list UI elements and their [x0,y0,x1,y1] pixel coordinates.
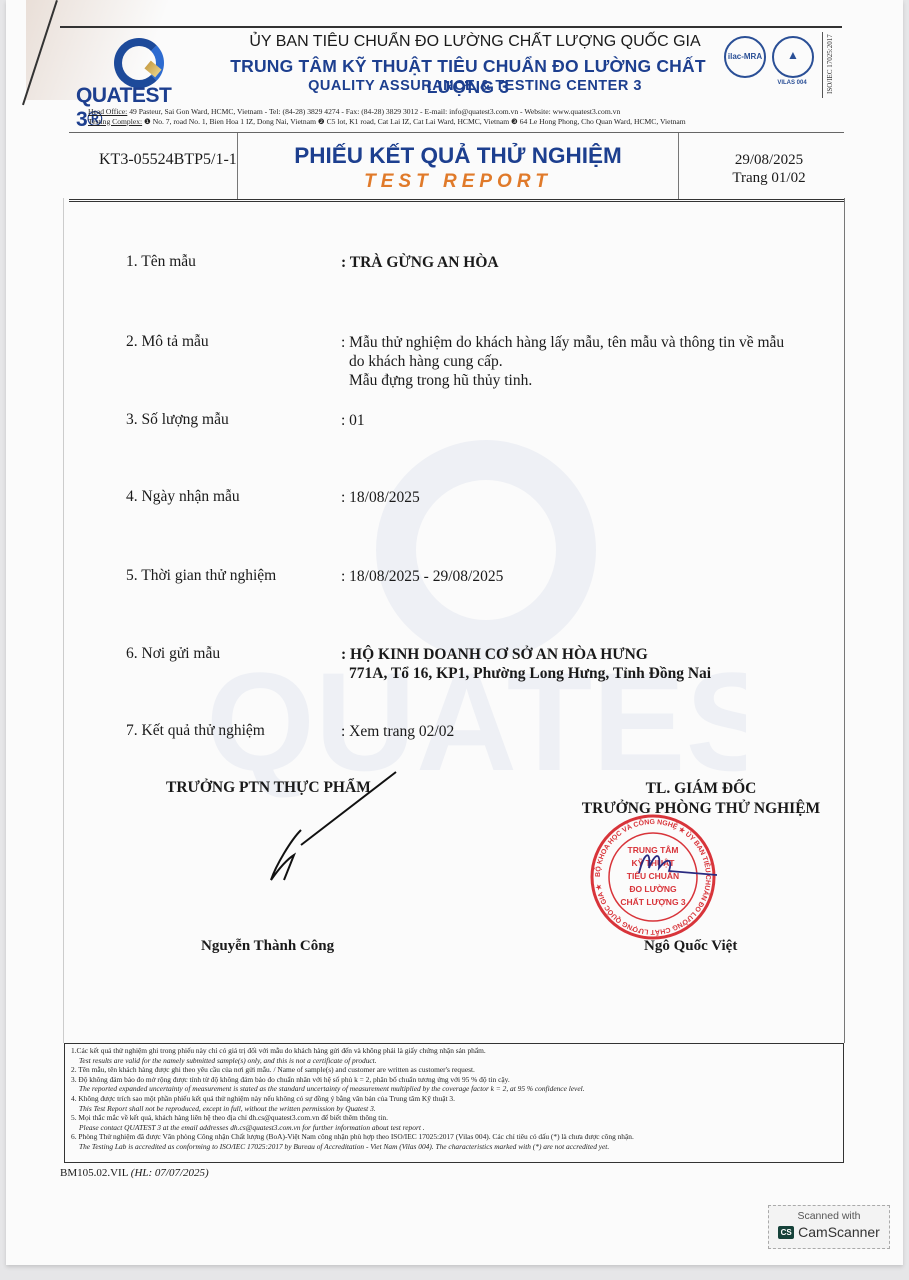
head-office-address: 49 Pasteur, Sai Gon Ward, HCMC, Vietnam … [129,107,620,116]
report-title-vn: PHIẾU KẾT QUẢ THỬ NGHIỆM [241,143,675,169]
page-number: Trang 01/02 [709,169,829,187]
report-code: KT3-05524BTP5/1-1 [99,151,237,169]
svg-text:TRUNG TÂM: TRUNG TÂM [628,844,679,855]
frame-border [844,198,845,1043]
letterhead: QUATEST 3® ỦY BAN TIÊU CHUẨN ĐO LƯỜNG CH… [60,26,842,128]
boa-badge-icon: ▲ [772,36,814,78]
form-code: BM105.02.VIL (HL: 07/07/2025) [60,1167,209,1179]
camscanner-badge: Scanned with CS CamScanner [768,1205,890,1249]
right-signatory-name: Ngô Quốc Việt [644,938,737,955]
divider [237,133,238,199]
head-office-label: Head Office: [88,107,127,116]
vilas-label: VILAS 004 [768,80,816,86]
divider [678,133,679,199]
q-logo-icon [114,38,164,88]
report-date-block: 29/08/2025 Trang 01/02 [709,151,829,187]
note-4: 4. Không được trích sao một phần phiếu k… [71,1094,837,1113]
svg-text:ĐO LƯỜNG: ĐO LƯỜNG [629,883,677,894]
note-6: 6. Phòng Thử nghiệm đã được Văn phòng Cô… [71,1132,837,1151]
quatest-logo: QUATEST 3® [68,34,198,104]
document-page: QUATEST QUATEST 3® ỦY BAN TIÊU CHUẨN ĐO … [6,0,903,1265]
left-signatory-name: Nguyễn Thành Công [201,938,334,955]
contact-info: Head Office: 49 Pasteur, Sai Gon Ward, H… [88,107,848,126]
title-row: KT3-05524BTP5/1-1 PHIẾU KẾT QUẢ THỬ NGHI… [69,132,844,202]
header-center-en: QUALITY ASSURANCE & TESTING CENTER 3 [230,78,720,94]
note-2: 2. Tên mẫu, tên khách hàng được ghi theo… [71,1065,837,1075]
iso-standard-label: ISO/IEC 17025:2017 [822,32,839,98]
camscanner-logo-icon: CS [778,1226,794,1239]
testing-complex-address: ❶ No. 7, road No. 1, Bien Hoa 1 IZ, Dong… [144,117,686,126]
official-stamp: TRUNG TÂM KỸ THUẬT TIÊU CHUẨN ĐO LƯỜNG C… [589,813,717,941]
camscanner-name: CamScanner [798,1224,880,1240]
header-agency: ỦY BAN TIÊU CHUẨN ĐO LƯỜNG CHẤT LƯỢNG QU… [230,33,720,51]
svg-text:CHẤT LƯỢNG 3: CHẤT LƯỢNG 3 [620,897,686,907]
report-title-en: TEST REPORT [241,171,675,193]
note-5: 5. Mọi thắc mắc về kết quả, khách hàng l… [71,1113,837,1132]
report-date: 29/08/2025 [709,151,829,169]
testing-complex-label: Testing Complex: [88,117,142,126]
ilac-mra-badge-icon: ilac-MRA [724,36,766,78]
footnotes: 1.Các kết quả thử nghiệm ghi trong phiếu… [64,1043,844,1163]
note-1: 1.Các kết quả thử nghiệm ghi trong phiếu… [71,1046,837,1065]
frame-border [63,198,64,1043]
signature-left [256,770,406,890]
note-3: 3. Độ không đảm bảo đo mở rộng được tính… [71,1075,837,1094]
